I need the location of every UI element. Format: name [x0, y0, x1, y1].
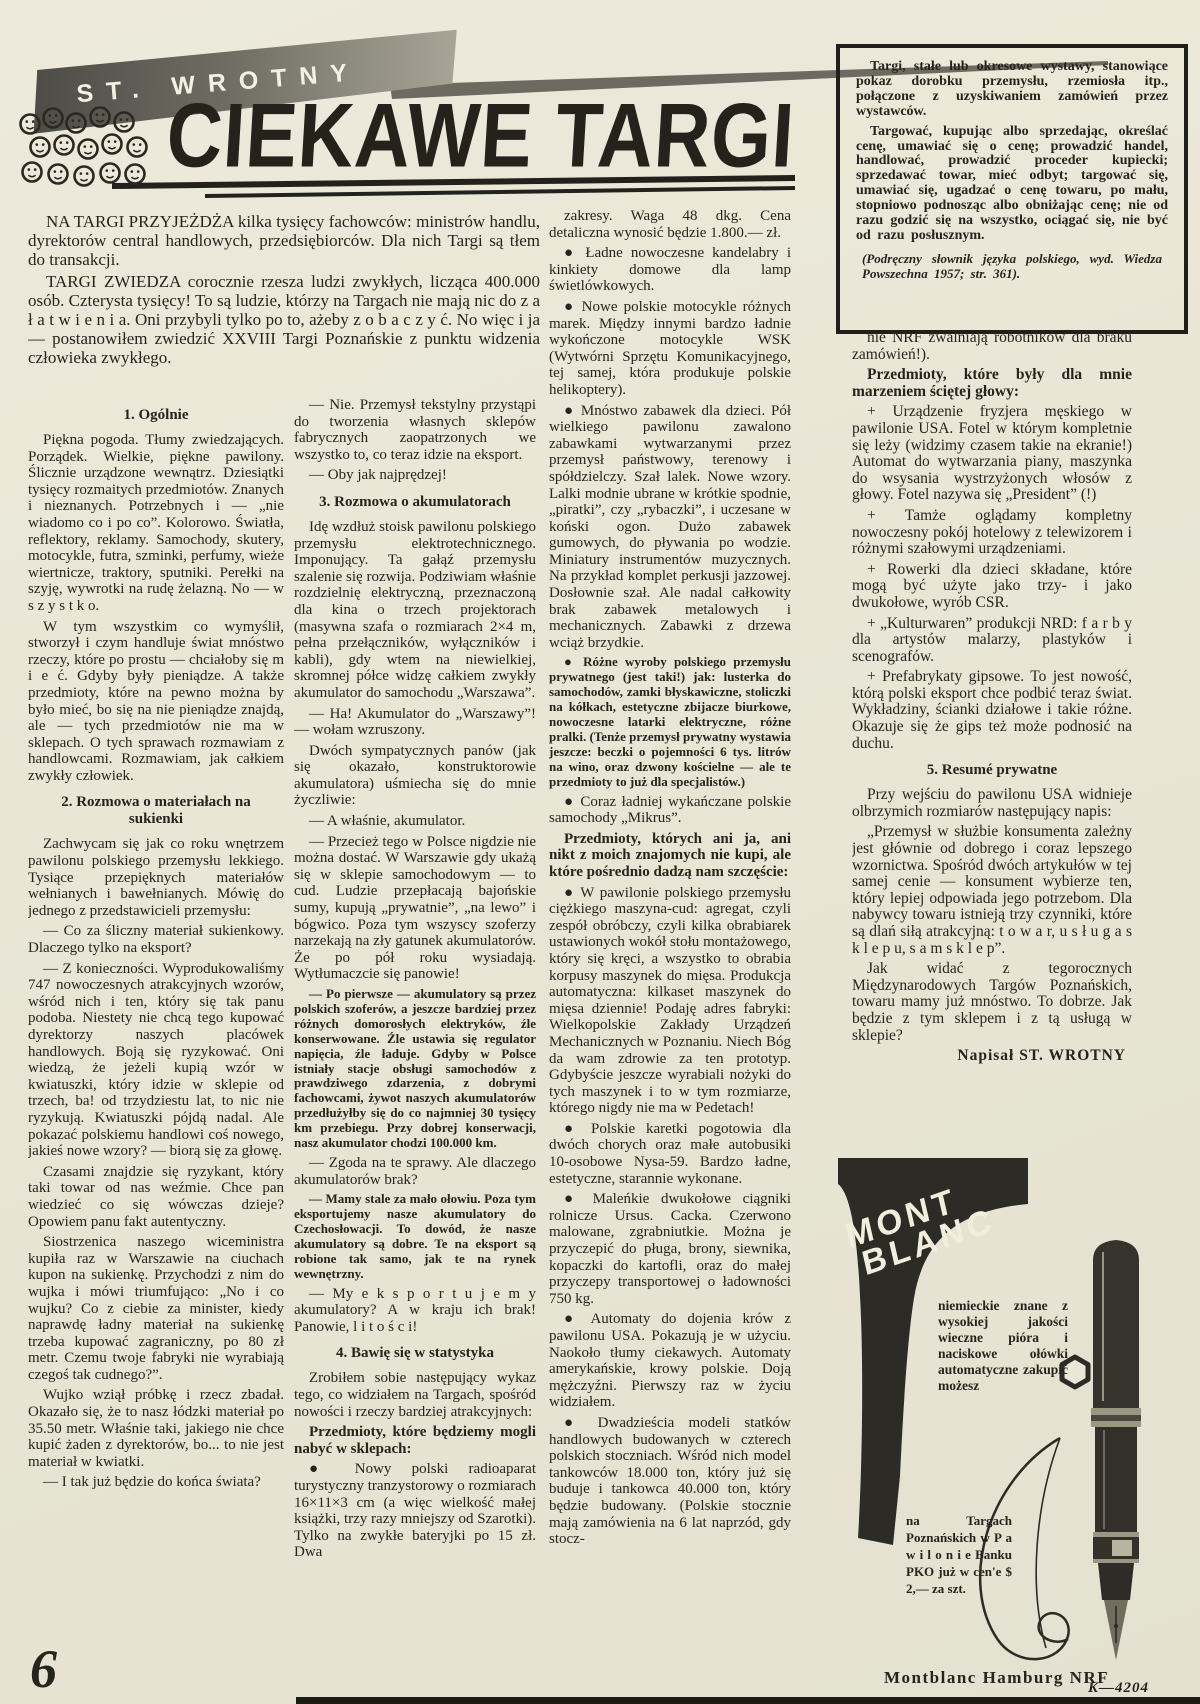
body-paragraph: nie NRF zwalniają robotników dla braku z…	[852, 330, 1132, 363]
definition-box: Targi, stałe lub okresowe wystawy, stano…	[836, 44, 1188, 334]
definition-targi: Targi, stałe lub okresowe wystawy, stano…	[856, 60, 1168, 120]
list-item: ● Mnóstwo zabawek dla dzieci. Pół wielki…	[549, 403, 791, 652]
list-item: ● Polskie karetki pogotowia dla dwóch ch…	[549, 1121, 791, 1187]
dialogue-paragraph: — Ha! Akumulator do „Warszawy”! — wołam …	[294, 706, 536, 739]
list-item: ● Różne wyroby polskiego przemysłu prywa…	[549, 655, 791, 789]
intro-paragraph: NA TARGI PRZYJEŻDŻA kilka tysięcy fachow…	[28, 212, 540, 269]
list-lead-paragraph: Przedmioty, które były dla mnie marzenie…	[852, 367, 1132, 400]
column-2: — Nie. Przemysł tekstylny przystąpi do t…	[294, 397, 536, 1693]
body-paragraph: W tym wszystkim co wymyślił, stworzył i …	[28, 619, 284, 785]
body-paragraph: zakresy. Waga 48 dkg. Cena detaliczna wy…	[549, 208, 791, 241]
page-edge-strip	[296, 1697, 1200, 1704]
body-paragraph: Zrobiłem sobie następujący wykaz tego, c…	[294, 1370, 536, 1420]
dialogue-paragraph: — Co za śliczny materiał sukienkowy. Dla…	[28, 923, 284, 956]
list-item: ● Coraz ładniej wykańczane polskie samoc…	[549, 794, 791, 827]
ad-advertiser: Montblanc Hamburg NRF	[884, 1668, 1109, 1688]
definition-targi-lead: Targi,	[870, 59, 906, 74]
fountain-pen-illustration	[1091, 1240, 1141, 1660]
author-signature: Napisał ST. WROTNY	[852, 1048, 1132, 1065]
intro-paragraph: TARGI ZWIEDZA corocznie rzesza ludzi zwy…	[28, 272, 540, 367]
ad-copy-text: niemieckie znane z wysokiej jakości wiec…	[938, 1298, 1068, 1394]
list-item: ● Maleńkie dwukołowe ciągniki rolnicze U…	[549, 1191, 791, 1307]
section-heading: 3. Rozmowa o akumulatorach	[300, 494, 530, 511]
crowd-faces-illustration	[16, 106, 174, 202]
intro-section: NA TARGI PRZYJEŻDŻA kilka tysięcy fachow…	[28, 212, 540, 394]
list-lead-paragraph: Przedmioty, które będziemy mogli nabyć w…	[294, 1424, 536, 1457]
list-item: + Prefabrykaty gipsowe. To jest nowość, …	[852, 669, 1132, 752]
list-item: ● Ładne nowoczesne kandelabry i kinkiety…	[549, 245, 791, 295]
body-paragraph: Zachwycam się jak co roku wnętrzem pawil…	[28, 836, 284, 919]
dialogue-paragraph: — Zgoda na te sprawy. Ale dlaczego akumu…	[294, 1155, 536, 1188]
body-paragraph: Jak widać z tegorocznych Międzynarodowyc…	[852, 961, 1132, 1044]
body-paragraph: Idę wzdłuż stoisk pawilonu polskiego prz…	[294, 519, 536, 702]
column-3: zakresy. Waga 48 dkg. Cena detaliczna wy…	[549, 208, 791, 1694]
dialogue-paragraph: — Przecież tego w Polsce nigdzie nie moż…	[294, 834, 536, 983]
list-item: ● Dwadzieścia modeli statków handlowych …	[549, 1415, 791, 1548]
body-paragraph: „Przemysł w służbie konsumenta zależny j…	[852, 824, 1132, 957]
list-item: + Urządzenie fryzjera męskiego w pawilon…	[852, 404, 1132, 504]
pen-flourish-inner	[1036, 1438, 1060, 1648]
section-heading: 5. Resumé prywatne	[858, 762, 1126, 779]
page-number: 6	[30, 1638, 57, 1700]
ad-code: K—4204	[1088, 1680, 1149, 1697]
page-title: CIEKAWE TARGI	[164, 84, 798, 189]
list-lead-paragraph: Przedmioty, których ani ja, ani nikt z m…	[549, 831, 791, 881]
list-item: + Tamże oglądamy kompletny nowoczesny po…	[852, 508, 1132, 558]
small-paragraph: — Po pierwsze — akumulatory są przez pol…	[294, 987, 536, 1151]
body-paragraph: Dwóch sympatycznych panów (jak się okaza…	[294, 743, 536, 809]
definition-citation: (Podręczny słownik języka polskiego, wyd…	[862, 252, 1162, 282]
column-1: 1. Ogólnie Piękna pogoda. Tłumy zwiedzaj…	[28, 397, 284, 1679]
dialogue-paragraph: — Oby jak najprędzej!	[294, 467, 536, 484]
magazine-page: ST. WROTNY CIEKAWE TARGI Targi, stałe lu…	[0, 0, 1200, 1704]
dialogue-paragraph: — I tak już będzie do końca świata?	[28, 1474, 284, 1491]
dialogue-paragraph: — My e k s p o r t u j e m y akumulatory…	[294, 1286, 536, 1336]
section-heading: 2. Rozmowa o materiałach na sukienki	[34, 794, 278, 828]
list-item: ● Automaty do dojenia krów z pawilonu US…	[549, 1311, 791, 1411]
list-item: ● Nowe polskie motocykle różnych marek. …	[549, 299, 791, 399]
dialogue-paragraph: — A właśnie, akumulator.	[294, 813, 536, 830]
ad-location-text: na Targach Poznańskich w P a w i l o n i…	[906, 1512, 1012, 1597]
list-item: ● Nowy polski radioaparat turystyczny tr…	[294, 1461, 536, 1561]
definition-targowac-lead: Targować,	[870, 124, 932, 139]
list-item: + Rowerki dla dzieci składane, które mog…	[852, 562, 1132, 612]
body-paragraph: Piękna pogoda. Tłumy zwiedzających. Porz…	[28, 432, 284, 615]
dialogue-paragraph: — Z konieczności. Wyprodukowaliśmy 747 n…	[28, 961, 284, 1160]
body-paragraph: Siostrzenica naszego wiceministra kupiła…	[28, 1234, 284, 1383]
body-paragraph: Czasami znajdzie się ryzykant, który tak…	[28, 1164, 284, 1230]
list-item: + „Kulturwaren” produkcji NRD: f a r b y…	[852, 616, 1132, 666]
definition-targowac: Targować, kupując albo sprzedając, okreś…	[856, 125, 1168, 244]
body-paragraph: Wujko wziął próbkę i rzecz zbadał. Okaza…	[28, 1387, 284, 1470]
section-heading: 4. Bawię się w statystyka	[300, 1345, 530, 1362]
body-paragraph: Przy wejściu do pawilonu USA widnieje ol…	[852, 787, 1132, 820]
list-item: ● W pawilonie polskiego przemysłu ciężki…	[549, 885, 791, 1117]
small-paragraph: — Mamy stale za mało ołowiu. Poza tym ek…	[294, 1192, 536, 1281]
column-4: nie NRF zwalniają robotników dla braku z…	[852, 330, 1132, 1164]
dialogue-paragraph: — Nie. Przemysł tekstylny przystąpi do t…	[294, 397, 536, 463]
section-heading: 1. Ogólnie	[34, 407, 278, 424]
